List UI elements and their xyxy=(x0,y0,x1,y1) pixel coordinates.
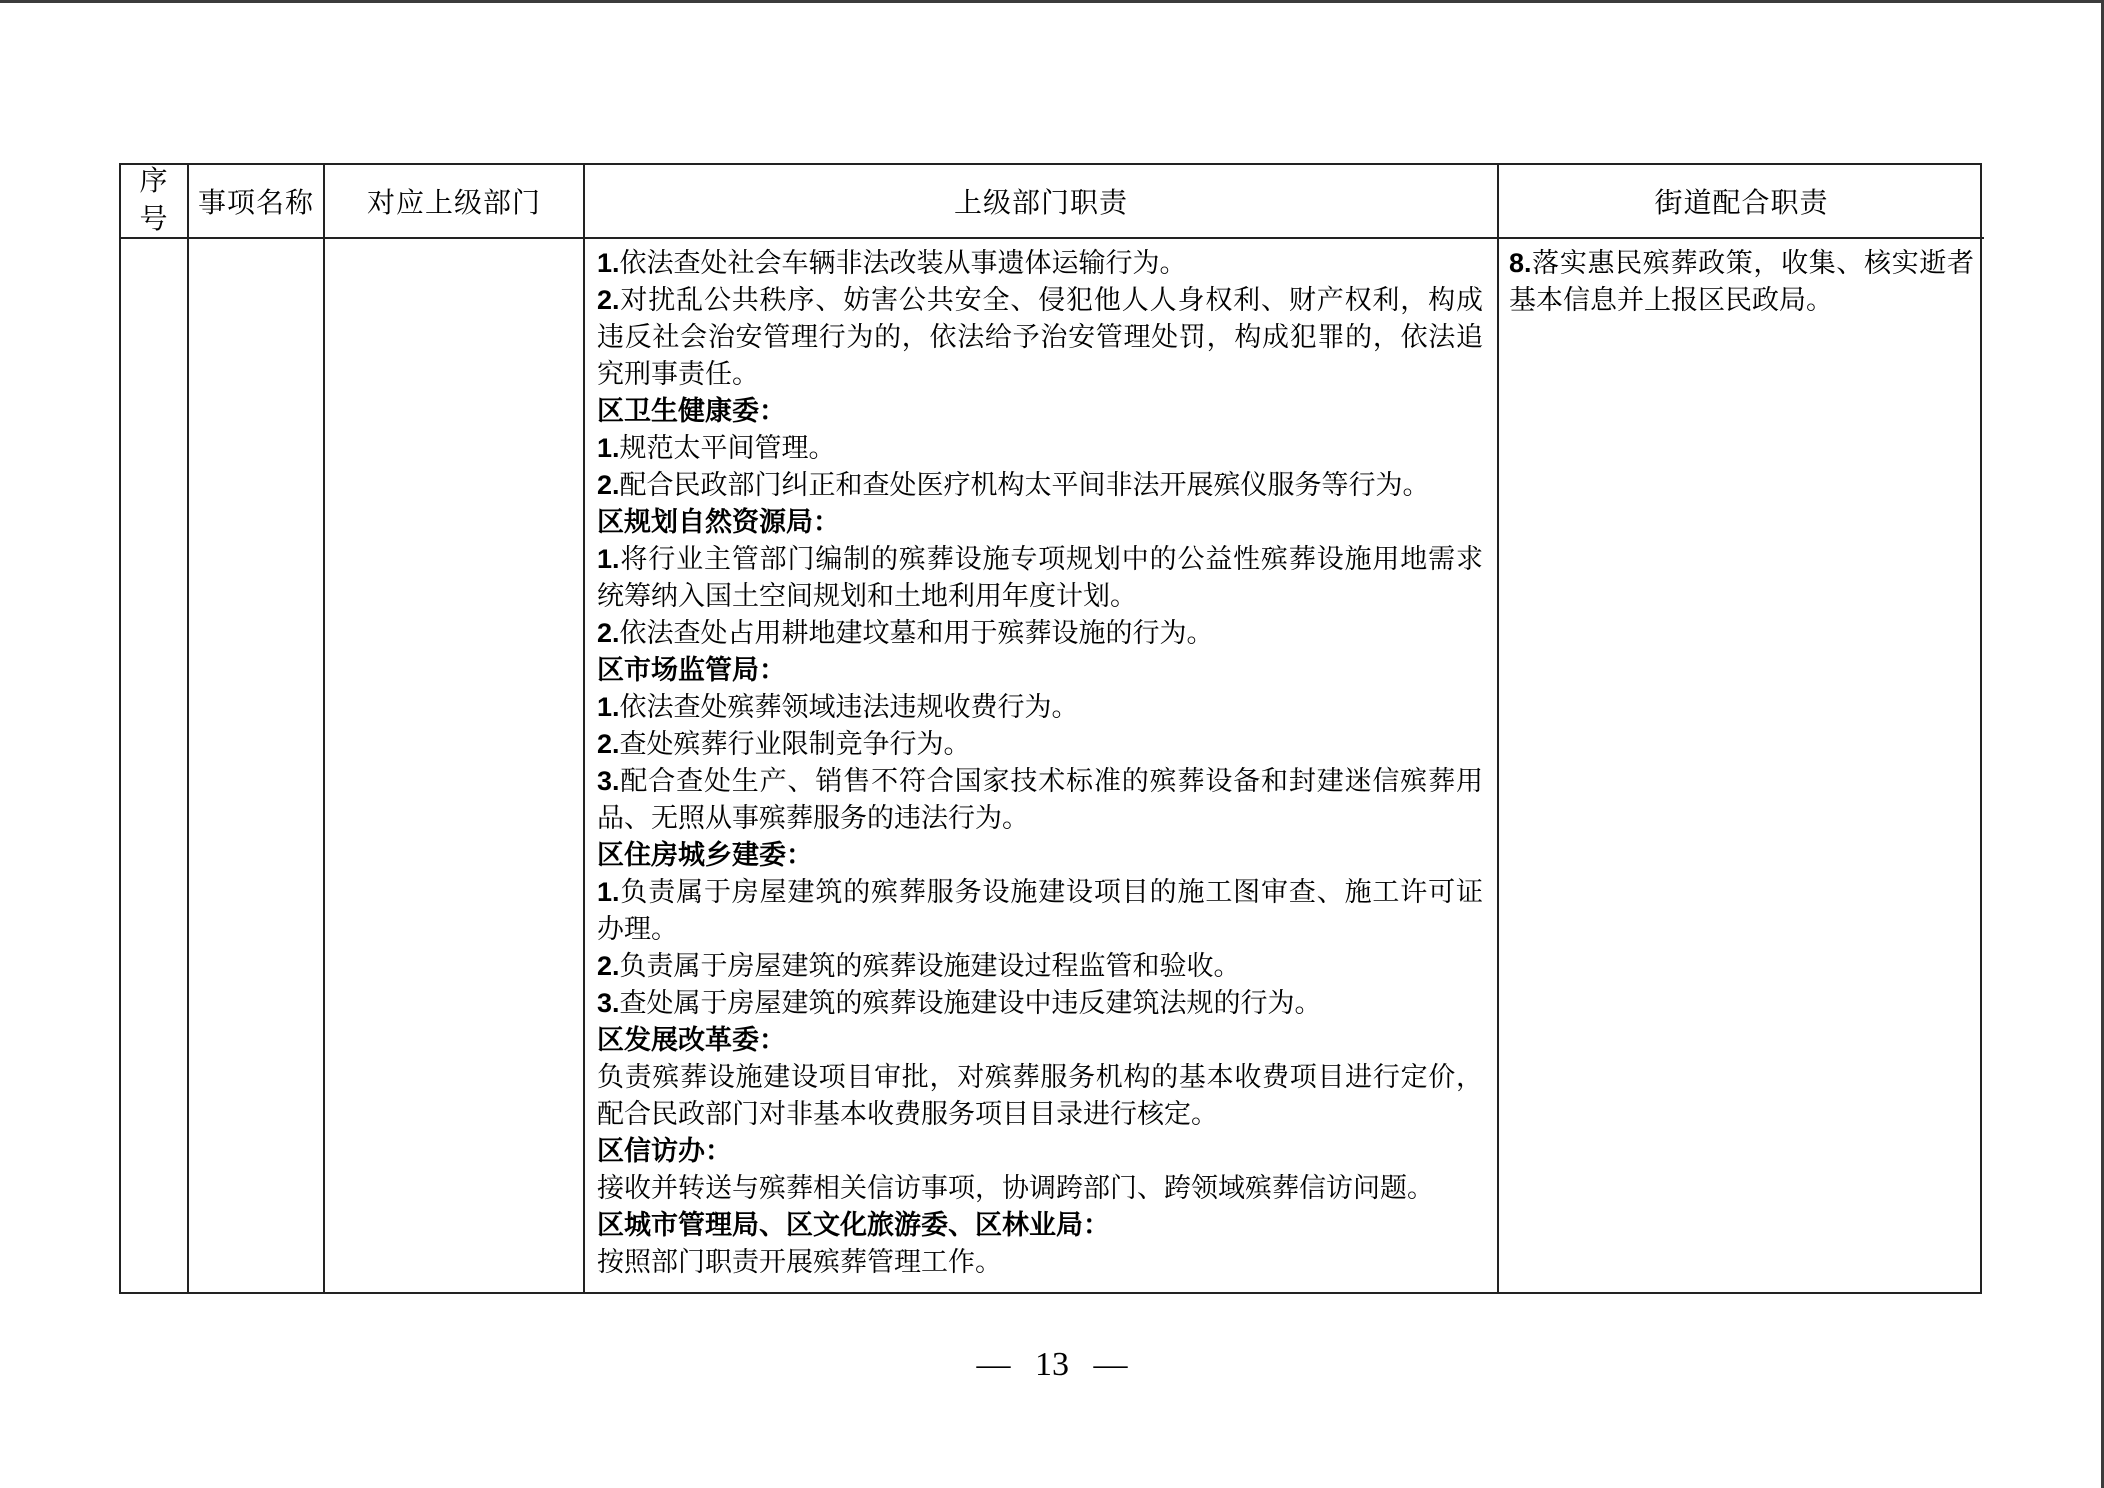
department-heading: 区住房城乡建委： xyxy=(597,837,1483,874)
duty-item: 1.将行业主管部门编制的殡葬设施专项规划中的公益性殡葬设施用地需求统筹纳入国土空… xyxy=(597,541,1483,615)
duty-item: 3.查处属于房屋建筑的殡葬设施建设中违反建筑法规的行为。 xyxy=(597,985,1483,1022)
duty-item: 2.依法查处占用耕地建坟墓和用于殡葬设施的行为。 xyxy=(597,615,1483,652)
department-heading: 区发展改革委： xyxy=(597,1022,1483,1059)
header-serial-number: 序号 xyxy=(121,165,189,239)
item-number: 2. xyxy=(597,470,620,500)
department-heading: 区市场监管局： xyxy=(597,652,1483,689)
duty-item: 1.负责属于房屋建筑的殡葬服务设施建设项目的施工图审查、施工许可证办理。 xyxy=(597,874,1483,948)
department-heading-text: 区市场监管局： xyxy=(597,655,786,685)
item-number: 2. xyxy=(597,951,620,981)
duty-text: 接收并转送与殡葬相关信访事项，协调跨部门、跨领域殡葬信访问题。 xyxy=(597,1173,1434,1203)
duty-text: 对扰乱公共秩序、妨害公共安全、侵犯他人人身权利、财产权利，构成违反社会治安管理行… xyxy=(597,285,1483,389)
duty-text: 按照部门职责开展殡葬管理工作。 xyxy=(597,1247,1002,1277)
duty-text: 负责殡葬设施建设项目审批，对殡葬服务机构的基本收费项目进行定价，配合民政部门对非… xyxy=(597,1062,1483,1129)
duty-item: 按照部门职责开展殡葬管理工作。 xyxy=(597,1244,1483,1281)
document-page: 序号 事项名称 对应上级部门 上级部门职责 街道配合职责 1.依法查处社会车辆非… xyxy=(0,0,2104,1488)
header-item-name-label: 事项名称 xyxy=(198,181,314,221)
duty-item: 2.对扰乱公共秩序、妨害公共安全、侵犯他人人身权利、财产权利，构成违反社会治安管… xyxy=(597,282,1483,393)
duty-text: 查处属于房屋建筑的殡葬设施建设中违反建筑法规的行为。 xyxy=(620,988,1322,1018)
header-street-duties-label: 街道配合职责 xyxy=(1654,181,1828,221)
item-number: 3. xyxy=(597,988,620,1018)
department-heading-text: 区规划自然资源局： xyxy=(597,507,840,537)
duty-text: 负责属于房屋建筑的殡葬服务设施建设项目的施工图审查、施工许可证办理。 xyxy=(597,877,1483,944)
header-superior-department-label: 对应上级部门 xyxy=(367,181,541,221)
duty-item: 1.依法查处殡葬领域违法违规收费行为。 xyxy=(597,689,1483,726)
duty-text: 依法查处占用耕地建坟墓和用于殡葬设施的行为。 xyxy=(620,618,1214,648)
item-number: 1. xyxy=(597,692,620,722)
duty-text: 将行业主管部门编制的殡葬设施专项规划中的公益性殡葬设施用地需求统筹纳入国土空间规… xyxy=(597,544,1483,611)
duty-text: 查处殡葬行业限制竞争行为。 xyxy=(620,729,971,759)
header-superior-duties: 上级部门职责 xyxy=(585,165,1499,239)
cell-serial-number xyxy=(121,239,189,1292)
department-heading-text: 区住房城乡建委： xyxy=(597,840,813,870)
duty-item: 1.规范太平间管理。 xyxy=(597,430,1483,467)
department-heading-text: 区信访办： xyxy=(597,1136,732,1166)
item-number: 3. xyxy=(597,766,620,796)
item-number: 1. xyxy=(597,877,620,907)
item-number: 2. xyxy=(597,729,620,759)
duty-item: 2.查处殡葬行业限制竞争行为。 xyxy=(597,726,1483,763)
duty-text: 依法查处殡葬领域违法违规收费行为。 xyxy=(620,692,1079,722)
duty-item: 2.配合民政部门纠正和查处医疗机构太平间非法开展殡仪服务等行为。 xyxy=(597,467,1483,504)
department-heading: 区卫生健康委： xyxy=(597,393,1483,430)
header-item-name: 事项名称 xyxy=(189,165,325,239)
cell-superior-department xyxy=(325,239,585,1292)
item-number: 2. xyxy=(597,285,620,315)
item-number: 8. xyxy=(1509,248,1532,278)
department-heading-text: 区发展改革委： xyxy=(597,1025,786,1055)
window-top-edge xyxy=(0,0,2104,3)
item-number: 1. xyxy=(597,433,620,463)
item-number: 1. xyxy=(597,248,620,278)
duty-item: 8.落实惠民殡葬政策，收集、核实逝者基本信息并上报区民政局。 xyxy=(1509,245,1974,319)
duty-text: 配合民政部门纠正和查处医疗机构太平间非法开展殡仪服务等行为。 xyxy=(620,470,1430,500)
duty-text: 配合查处生产、销售不符合国家技术标准的殡葬设备和封建迷信殡葬用品、无照从事殡葬服… xyxy=(597,766,1483,833)
duty-text: 负责属于房屋建筑的殡葬设施建设过程监管和验收。 xyxy=(620,951,1241,981)
department-heading: 区信访办： xyxy=(597,1133,1483,1170)
duty-text: 规范太平间管理。 xyxy=(620,433,836,463)
department-heading: 区规划自然资源局： xyxy=(597,504,1483,541)
duty-item: 3.配合查处生产、销售不符合国家技术标准的殡葬设备和封建迷信殡葬用品、无照从事殡… xyxy=(597,763,1483,837)
header-superior-department: 对应上级部门 xyxy=(325,165,585,239)
item-number: 1. xyxy=(597,544,620,574)
department-heading-text: 区卫生健康委： xyxy=(597,396,786,426)
cell-street-duties: 8.落实惠民殡葬政策，收集、核实逝者基本信息并上报区民政局。 xyxy=(1499,239,1984,1292)
cell-superior-duties: 1.依法查处社会车辆非法改装从事遗体运输行为。2.对扰乱公共秩序、妨害公共安全、… xyxy=(585,239,1499,1292)
department-heading-text: 区城市管理局、区文化旅游委、区林业局： xyxy=(597,1210,1110,1240)
item-number: 2. xyxy=(597,618,620,648)
page-number: — 13 — xyxy=(0,1346,2104,1384)
duty-item: 负责殡葬设施建设项目审批，对殡葬服务机构的基本收费项目进行定价，配合民政部门对非… xyxy=(597,1059,1483,1133)
duty-item: 接收并转送与殡葬相关信访事项，协调跨部门、跨领域殡葬信访问题。 xyxy=(597,1170,1483,1207)
duty-text: 落实惠民殡葬政策，收集、核实逝者基本信息并上报区民政局。 xyxy=(1509,248,1974,315)
duties-table: 序号 事项名称 对应上级部门 上级部门职责 街道配合职责 1.依法查处社会车辆非… xyxy=(119,163,1982,1294)
cell-item-name xyxy=(189,239,325,1292)
header-street-duties: 街道配合职责 xyxy=(1499,165,1984,239)
header-superior-duties-label: 上级部门职责 xyxy=(954,181,1128,221)
duty-text: 依法查处社会车辆非法改装从事遗体运输行为。 xyxy=(620,248,1187,278)
header-serial-number-label: 序号 xyxy=(138,165,170,239)
department-heading: 区城市管理局、区文化旅游委、区林业局： xyxy=(597,1207,1483,1244)
duty-item: 1.依法查处社会车辆非法改装从事遗体运输行为。 xyxy=(597,245,1483,282)
duty-item: 2.负责属于房屋建筑的殡葬设施建设过程监管和验收。 xyxy=(597,948,1483,985)
